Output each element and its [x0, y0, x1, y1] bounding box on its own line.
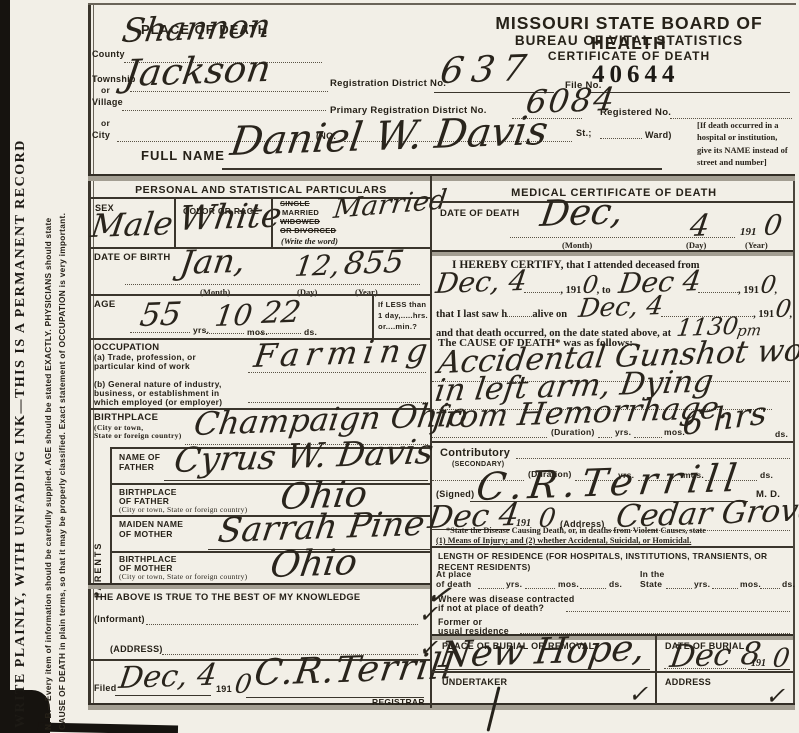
date-of-death-year-prefix: 191 — [740, 226, 757, 238]
informant-address-label: (ADDRESS) — [110, 644, 163, 654]
age-label: AGE — [94, 300, 116, 311]
dob-day-value: 12, — [293, 251, 342, 281]
date-of-death-month: Dec, — [538, 194, 625, 233]
footnote-line2: (1) Means of Injury; and (2) whether Acc… — [436, 536, 691, 545]
full-name-value: Daniel W. Davis — [228, 111, 550, 162]
filed-date-line — [115, 694, 211, 696]
informant-line — [146, 623, 418, 625]
footnote-line1: *State the Disease Causing Death, or, in… — [446, 526, 706, 535]
or-label-a: or — [101, 86, 110, 96]
res-blank-3 — [580, 587, 606, 589]
contributory-label: Contributory — [440, 447, 510, 460]
filed-year-prefix: 191 — [216, 684, 232, 694]
father-name-value: Cyrus W. Davis — [172, 435, 436, 478]
res-ds-2: ds. — [782, 580, 795, 590]
res-blank-4 — [666, 587, 692, 589]
filed-label: Filed — [94, 683, 117, 693]
county-label: County — [92, 49, 125, 59]
race-marital-divider — [271, 197, 273, 247]
res-blank-6 — [760, 587, 780, 589]
date-of-death-label: DATE OF DEATH — [440, 209, 520, 220]
age-mos-line — [206, 332, 244, 334]
death-certificate-scan: WRITE PLAINLY, WITH UNFADING INK—THIS IS… — [0, 0, 799, 733]
res-blank-5 — [712, 587, 738, 589]
birthplace-sub2: State or foreign country) — [94, 432, 182, 441]
duration-value: 6 hrs — [682, 397, 767, 440]
date-of-death-line — [510, 236, 735, 238]
undertaker-address-checkmark: ✓ — [765, 682, 785, 710]
cause-row-rule — [432, 441, 793, 443]
dob-year-value: 855 — [342, 247, 406, 280]
burial-date-line — [664, 667, 746, 669]
dod-year-caption: (Year) — [745, 240, 768, 250]
border-left — [88, 4, 91, 706]
registrar-signature: C.R.Terrill — [252, 649, 457, 692]
city-label: City — [92, 130, 110, 140]
dob-label: DATE OF BIRTH — [94, 253, 171, 264]
ward-label: Ward) — [645, 130, 672, 140]
undertaker-row-rule — [432, 671, 793, 673]
age-yrs-unit: yrs. — [193, 326, 209, 336]
or-label-b: or — [101, 119, 110, 129]
filed-year-value: 0 — [233, 671, 253, 698]
mother-row-rule — [110, 551, 430, 553]
date-of-death-year: 0 — [762, 211, 784, 240]
dob-year-caption: (Year) — [355, 287, 378, 297]
duration-blank-3 — [634, 436, 662, 438]
father-name-label2: FATHER — [119, 463, 154, 473]
registered-no-label: Registered No. — [600, 108, 671, 119]
age-ds-value: 22 — [260, 298, 303, 329]
sex-race-divider — [174, 197, 176, 247]
occupation-value: Farming — [252, 334, 436, 372]
year-prefix-2: , 191 — [738, 285, 759, 296]
st-label: St.; — [576, 128, 592, 138]
occupation-a-line2: particular kind of work — [94, 362, 190, 372]
township-line — [130, 90, 328, 92]
burial-year-line — [748, 668, 790, 670]
scan-edge-left — [0, 0, 10, 708]
contracted-label2: if not at place of death? — [438, 603, 544, 613]
duration-ds-unit: ds. — [775, 430, 788, 440]
st-line — [600, 137, 642, 139]
res-ds-1: ds. — [609, 580, 622, 590]
age-note-divider — [372, 294, 374, 338]
dob-line — [125, 283, 420, 285]
father-row-rule — [110, 483, 430, 485]
registration-district-label: Registration District No. — [330, 79, 446, 90]
from-blank — [524, 291, 560, 293]
registrar-label: REGISTRAR — [372, 698, 425, 708]
mother-name-label2: OF MOTHER — [119, 530, 173, 540]
mother-bp-sub: (City or town, State or foreign country) — [119, 573, 247, 582]
res-mos-2: mos. — [740, 580, 761, 590]
dob-month-caption: (Month) — [200, 287, 230, 297]
dob-month-value: Jan, — [178, 244, 248, 279]
sex-value: Male — [89, 207, 175, 242]
contracted-line — [566, 610, 790, 612]
margin-permanent-record-note: WRITE PLAINLY, WITH UNFADING INK—THIS IS… — [13, 48, 39, 728]
res-yrs-2: yrs. — [694, 580, 710, 590]
duration-blank-1 — [432, 436, 547, 438]
marital-divorced-label: OR DIVORCED — [280, 227, 336, 236]
mother-bp-value: Ohio — [268, 545, 359, 584]
burial-place-line — [434, 668, 650, 670]
to-blank — [698, 291, 738, 293]
duration-label: (Duration) — [551, 428, 595, 438]
age-yrs-line — [130, 331, 190, 333]
informant-label: (Informant) — [94, 614, 145, 624]
res-yrs-1: yrs. — [506, 580, 522, 590]
parents-bottom-rule — [88, 583, 430, 589]
attended-from-date: Dec, 4 — [434, 267, 529, 298]
duration-yrs-unit: yrs. — [615, 428, 631, 438]
duration-blank-2 — [598, 436, 612, 438]
dod-day-caption: (Day) — [686, 240, 706, 250]
truth-statement: THE ABOVE IS TRUE TO THE BEST OF MY KNOW… — [94, 592, 360, 603]
occupation-a-line — [248, 371, 426, 373]
township-value: Jackson — [122, 50, 273, 92]
age-yrs-value: 55 — [138, 298, 183, 331]
full-name-line — [222, 167, 662, 170]
race-value: White — [177, 198, 284, 236]
parents-label: PARENTS — [93, 458, 107, 598]
burial-divider — [655, 636, 657, 704]
full-name-label: FULL NAME — [141, 149, 225, 164]
village-line — [122, 109, 326, 111]
dob-row-rule — [88, 294, 430, 296]
masthead-bureau: BUREAU OF VITAL STATISTICS — [462, 33, 796, 49]
section-top-rule — [88, 174, 795, 181]
township-label: Township — [92, 74, 136, 84]
duration2-ds-unit: ds. — [760, 471, 773, 481]
mother-name-value: Sarrah Pine — [216, 507, 427, 548]
margin-nb-note-line2: CAUSE OF DEATH in plain terms, so that i… — [58, 6, 72, 730]
res-mos-1: mos. — [558, 580, 579, 590]
residence-title: LENGTH OF RESIDENCE (FOR HOSPITALS, INST… — [438, 551, 788, 573]
file-no-line — [590, 91, 790, 93]
marital-hint-label: (Write the word) — [281, 236, 338, 246]
border-bottom — [88, 703, 795, 710]
in-the-label2: State — [640, 580, 662, 590]
res-blank-2 — [525, 587, 555, 589]
undertaker-address-label: ADDRESS — [665, 677, 711, 687]
age-note: If LESS than 1 day,.....hrs. or....min.? — [378, 299, 430, 332]
res-blank-1 — [478, 587, 504, 589]
year-prefix-1: , 191 — [560, 285, 581, 296]
dod-row-rule — [432, 250, 793, 256]
border-top — [88, 3, 796, 5]
footnote-rule — [432, 546, 793, 548]
county-value: Shannon — [120, 9, 273, 47]
age-ds-line — [256, 332, 301, 334]
dod-month-caption: (Month) — [562, 240, 592, 250]
village-label: Village — [92, 97, 123, 107]
margin-nb-note-line1: N. B.—Every item of information should b… — [44, 6, 58, 730]
filed-date-value: Dec, 4 — [117, 661, 219, 694]
registration-district-value: 637 — [438, 51, 536, 90]
border-right — [793, 176, 795, 706]
hospital-note: [If death occurred in a hospital or inst… — [697, 119, 794, 168]
undertaker-checkmark: ✓ — [628, 680, 648, 708]
